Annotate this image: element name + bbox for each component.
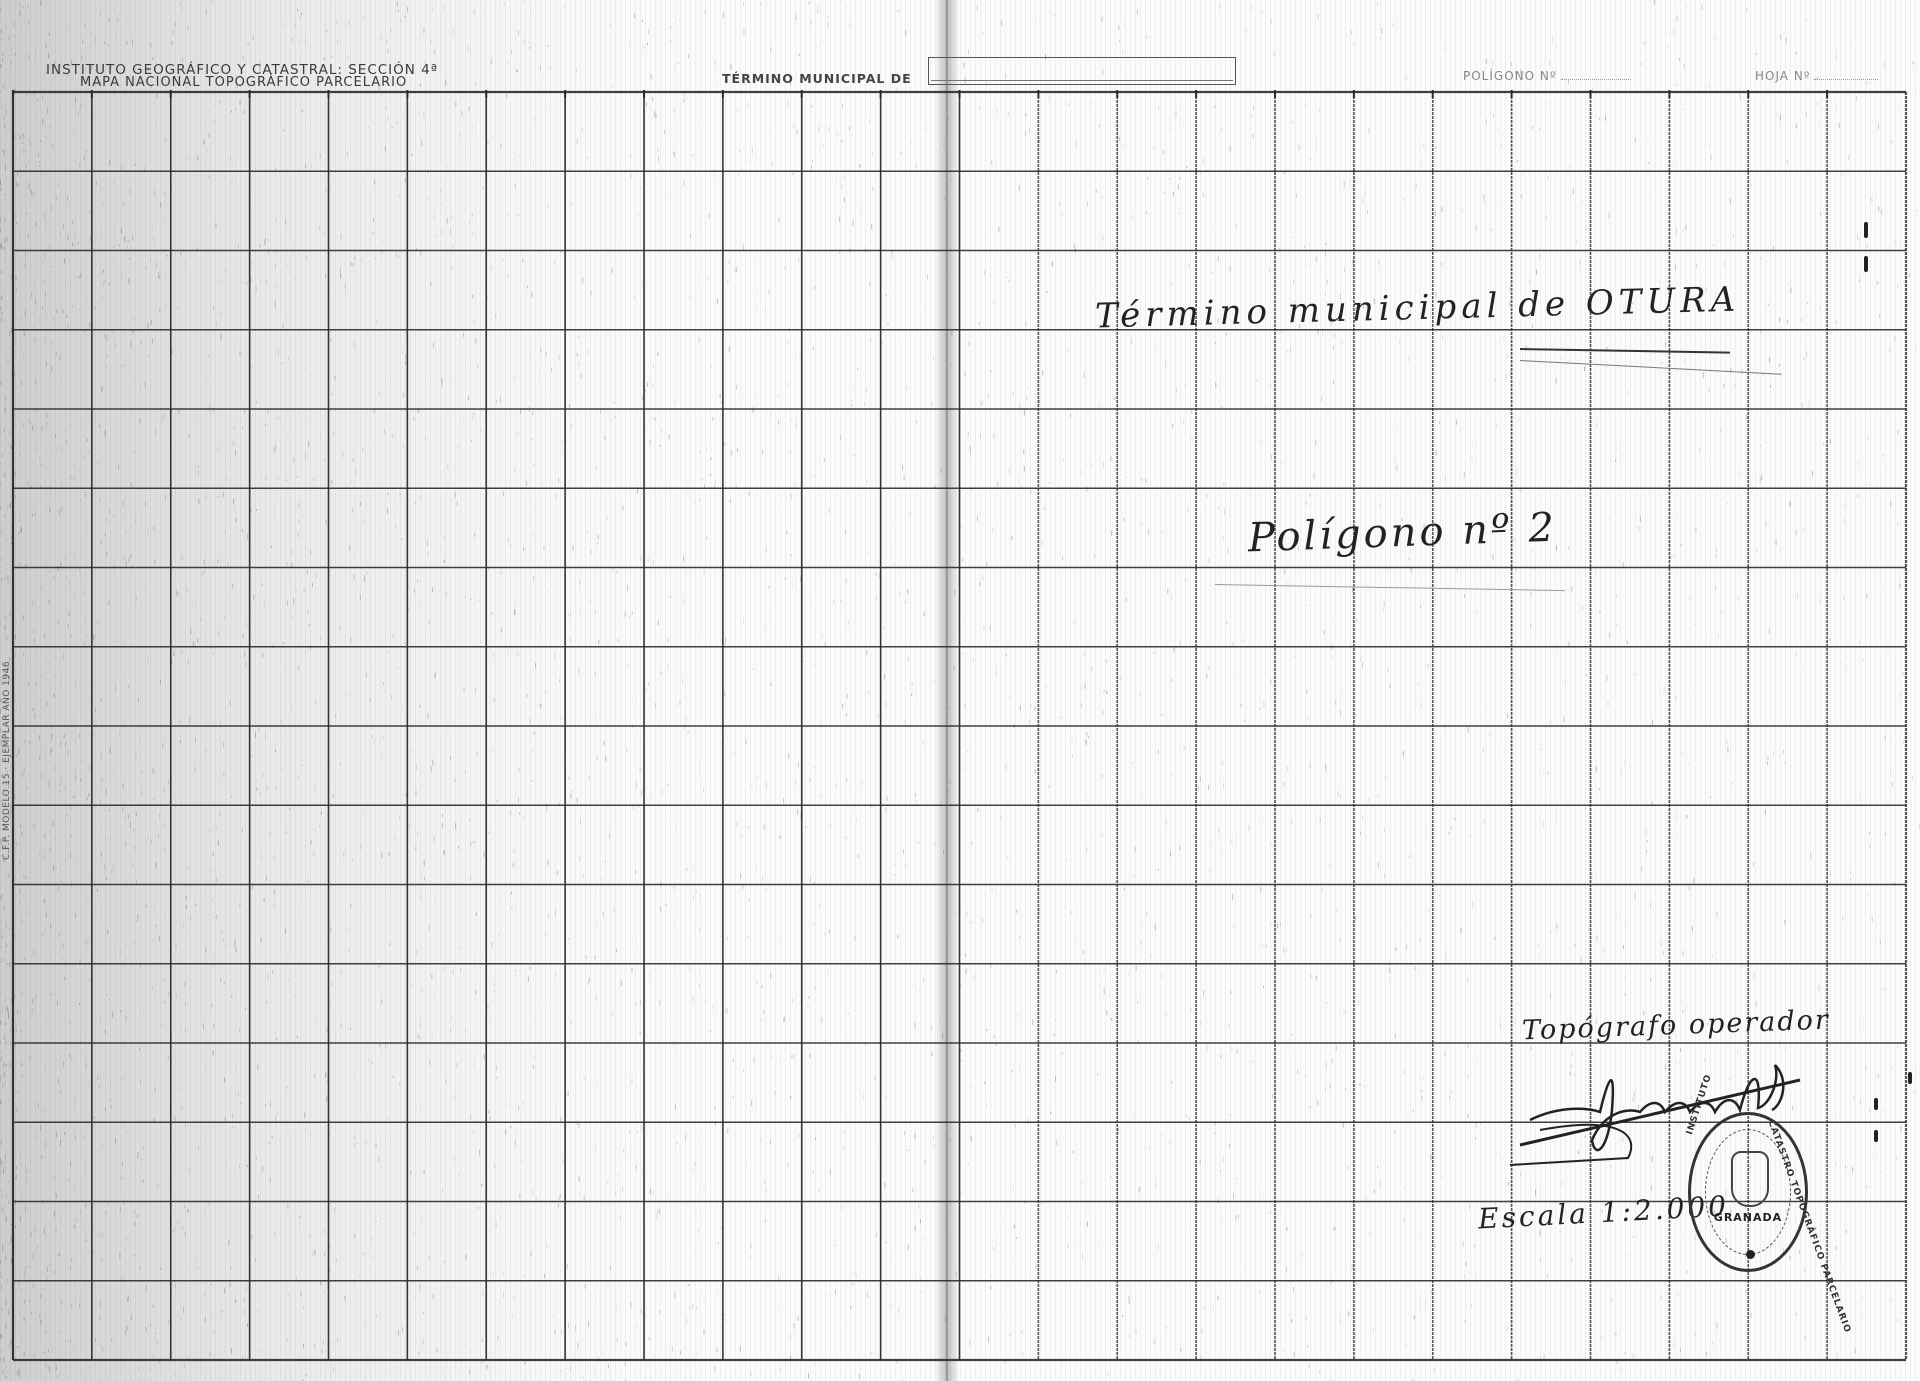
parcel-grid [0, 0, 1920, 1381]
margin-mark-icon [1874, 1098, 1878, 1110]
margin-mark-icon [1874, 1130, 1878, 1142]
scanned-map-sheet: INSTITUTO GEOGRÁFICO Y CATASTRAL: SECCIÓ… [0, 0, 1920, 1381]
coat-of-arms-icon [1731, 1151, 1769, 1207]
margin-mark-icon [1908, 1072, 1912, 1084]
margin-mark-icon [1864, 256, 1868, 272]
stamp-city: GRANADA [1691, 1211, 1805, 1224]
official-stamp: INSTITUTO CATASTRO TOPOGRÁFICO PARCELARI… [1688, 1112, 1808, 1272]
side-margin-text: C.F.P. MODELO 15 · EJEMPLAR AÑO 1946 [2, 661, 12, 860]
stamp-dot-icon [1746, 1250, 1755, 1259]
margin-mark-icon [1864, 222, 1868, 238]
